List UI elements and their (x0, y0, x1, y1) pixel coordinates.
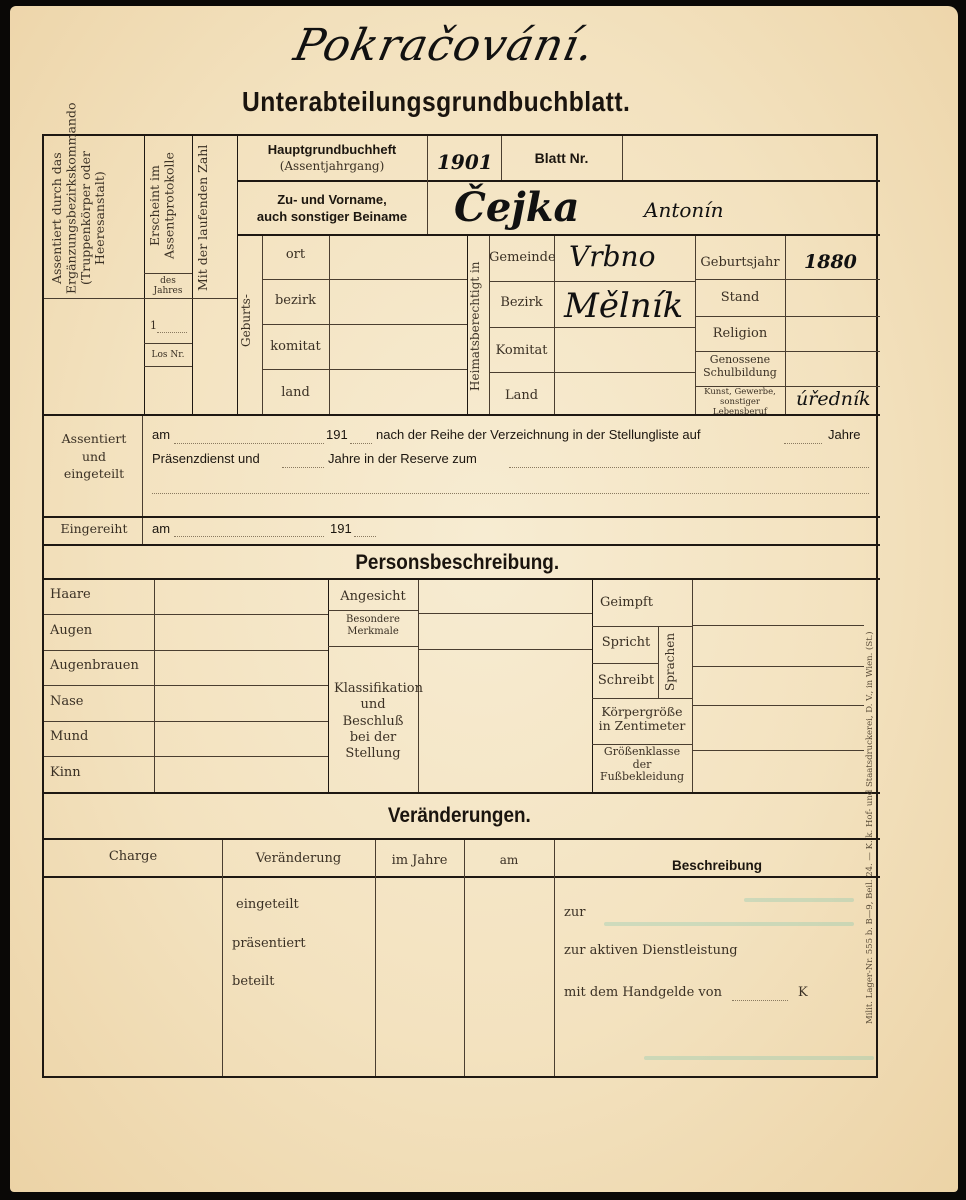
spricht-label: Spricht (594, 636, 658, 651)
heimat-land-field[interactable] (556, 374, 694, 414)
stand-field[interactable] (787, 281, 879, 315)
year-prefix: 1 (150, 320, 157, 333)
geburts-label: Geburts- (240, 286, 260, 356)
first-name-value[interactable]: Antonín (644, 198, 724, 222)
personsbeschreibung-title: Personsbeschreibung. (355, 551, 559, 575)
augen-label: Augen (50, 624, 92, 639)
schulbildung-label: Genossene Schulbildung (695, 354, 785, 379)
geimpft-field[interactable] (694, 582, 864, 624)
geburts-bezirk-label: bezirk (262, 294, 329, 309)
geburts-bezirk-field[interactable] (331, 281, 466, 323)
heimat-gemeinde-label: Gemeinde (489, 251, 554, 266)
beschreibung-handgeld: mit dem Handgelde von (564, 986, 722, 1001)
besondere-merkmale-field[interactable] (420, 615, 590, 648)
col-laufende-zahl: Mit der laufenden Zahl (196, 142, 234, 294)
geburts-land-label: land (262, 386, 329, 401)
geburts-ort-field[interactable] (331, 237, 466, 278)
name-label-line2: auch sonstiger Beiname (237, 210, 427, 225)
charge-field[interactable] (46, 880, 220, 1075)
nase-label: Nase (50, 695, 84, 710)
besondere-merkmale-label: Besondere Merkmale (334, 614, 412, 637)
praesenzdienst-text: Präsenzdienst und (152, 452, 260, 467)
geburts-ort-label: ort (262, 248, 329, 263)
printed-title: Unterabteilungsgrundbuchblatt. (242, 86, 630, 118)
geburtsjahr-label: Geburtsjahr (695, 256, 785, 271)
heimat-bezirk-label: Bezirk (489, 296, 554, 311)
beschreibung-aktiven-dienst: zur aktiven Dienstleistung (564, 944, 738, 959)
klassifikation-field[interactable] (420, 651, 590, 791)
handwritten-title: Pokračování. (290, 20, 600, 71)
schulbildung-field[interactable] (787, 353, 879, 385)
eingereiht-year[interactable]: 191 (330, 522, 352, 537)
spricht-field[interactable] (694, 627, 864, 665)
currency-k: K (798, 986, 808, 1001)
klassifikation-label: Klassifikation und Beschluß bei der Stel… (334, 681, 412, 762)
mund-label: Mund (50, 730, 88, 745)
assentiert-year[interactable]: 191 (326, 428, 348, 443)
heimat-komitat-label: Komitat (489, 344, 554, 359)
col-am: am (464, 854, 554, 868)
fussbekleidung-label: Größenklasse der Fußbekleidung (594, 746, 690, 784)
assentiert-label: Assentiert und eingeteilt (52, 430, 136, 483)
los-nr-label: Los Nr. (146, 350, 190, 360)
lebensberuf-value[interactable]: úředník (796, 388, 871, 410)
assentiert-text1: nach der Reihe der Verzeichnung in der S… (376, 428, 701, 443)
haare-field[interactable] (156, 582, 326, 613)
hauptgrundbuchheft-label: Hauptgrundbuchheft (237, 143, 427, 158)
veraenderungen-title: Veränderungen. (388, 804, 531, 828)
angesicht-label: Angesicht (328, 590, 418, 605)
schreibt-field[interactable] (694, 667, 864, 704)
printer-note: Milit. Lager-Nr. 555 b. B—9, Beil. 24. —… (866, 580, 880, 1075)
name-label-line1: Zu- und Vorname, (237, 193, 427, 208)
geburtsjahr-value[interactable]: 1880 (804, 251, 857, 273)
koerpergroesse-label: Körpergröße in Zentimeter (594, 705, 690, 734)
augenbrauen-field[interactable] (156, 652, 326, 684)
assentjahrgang-label: (Assentjahrgang) (237, 160, 427, 174)
kinn-field[interactable] (156, 758, 326, 791)
col-erscheint-im: Erscheint im Assentprotokolle (148, 142, 188, 270)
sprachen-label: Sprachen (664, 630, 688, 694)
schreibt-label: Schreibt (594, 674, 658, 689)
haare-label: Haare (50, 588, 91, 603)
fussbekleidung-field[interactable] (694, 751, 864, 791)
heimat-bezirk-value[interactable]: Mělník (564, 286, 683, 326)
religion-label: Religion (695, 327, 785, 342)
reserve-text: Jahre in der Reserve zum (328, 452, 477, 467)
col-beschreibung: Beschreibung (554, 858, 880, 874)
heimat-land-label: Land (489, 389, 554, 404)
eingereiht-label: Eingereiht (48, 522, 140, 536)
augenbrauen-label: Augenbrauen (50, 659, 139, 674)
veraenderung-praesentiert: präsentiert (232, 937, 306, 952)
lebensberuf-label: Kunst, Gewerbe, sonstiger Lebensberuf (695, 388, 785, 417)
col-assentiert-durch: Assentiert durch das Ergänzungsbezirksko… (50, 142, 140, 294)
blatt-nr-field[interactable] (624, 138, 874, 178)
geburts-land-field[interactable] (331, 371, 466, 413)
geimpft-label: Geimpft (600, 596, 653, 611)
col-veraenderung: Veränderung (222, 852, 375, 867)
assentjahrgang-value[interactable]: 1901 (437, 150, 493, 174)
surname-value[interactable]: Čejka (454, 184, 579, 231)
veraenderung-eingeteilt: eingeteilt (236, 898, 299, 913)
col-des-jahres: des Jahres (146, 276, 190, 297)
col-charge: Charge (44, 850, 222, 865)
heimat-gemeinde-value[interactable]: Vrbno (569, 240, 655, 273)
am-field[interactable] (466, 880, 552, 1075)
augen-field[interactable] (156, 616, 326, 649)
mund-field[interactable] (156, 723, 326, 755)
geburts-komitat-label: komitat (262, 340, 329, 355)
kinn-label: Kinn (50, 766, 81, 781)
koerpergroesse-field[interactable] (694, 706, 864, 749)
eingereiht-am: am (152, 522, 170, 537)
assentiert-jahre: Jahre (828, 428, 861, 443)
heimat-komitat-field[interactable] (556, 329, 694, 371)
registry-form: Assentiert durch das Ergänzungsbezirksko… (42, 134, 878, 1078)
im-jahre-field[interactable] (377, 880, 463, 1075)
assentiert-am: am (152, 428, 170, 443)
angesicht-field[interactable] (420, 582, 590, 612)
beschreibung-zur: zur (564, 906, 585, 921)
heimatsberechtigt-label: Heimatsberechtigt in (469, 246, 487, 406)
nase-field[interactable] (156, 687, 326, 720)
stand-label: Stand (695, 291, 785, 306)
col-im-jahre: im Jahre (375, 854, 464, 869)
blatt-nr-label: Blatt Nr. (501, 150, 622, 166)
geburts-komitat-field[interactable] (331, 326, 466, 368)
veraenderung-beteilt: beteilt (232, 975, 274, 990)
religion-field[interactable] (787, 318, 879, 350)
